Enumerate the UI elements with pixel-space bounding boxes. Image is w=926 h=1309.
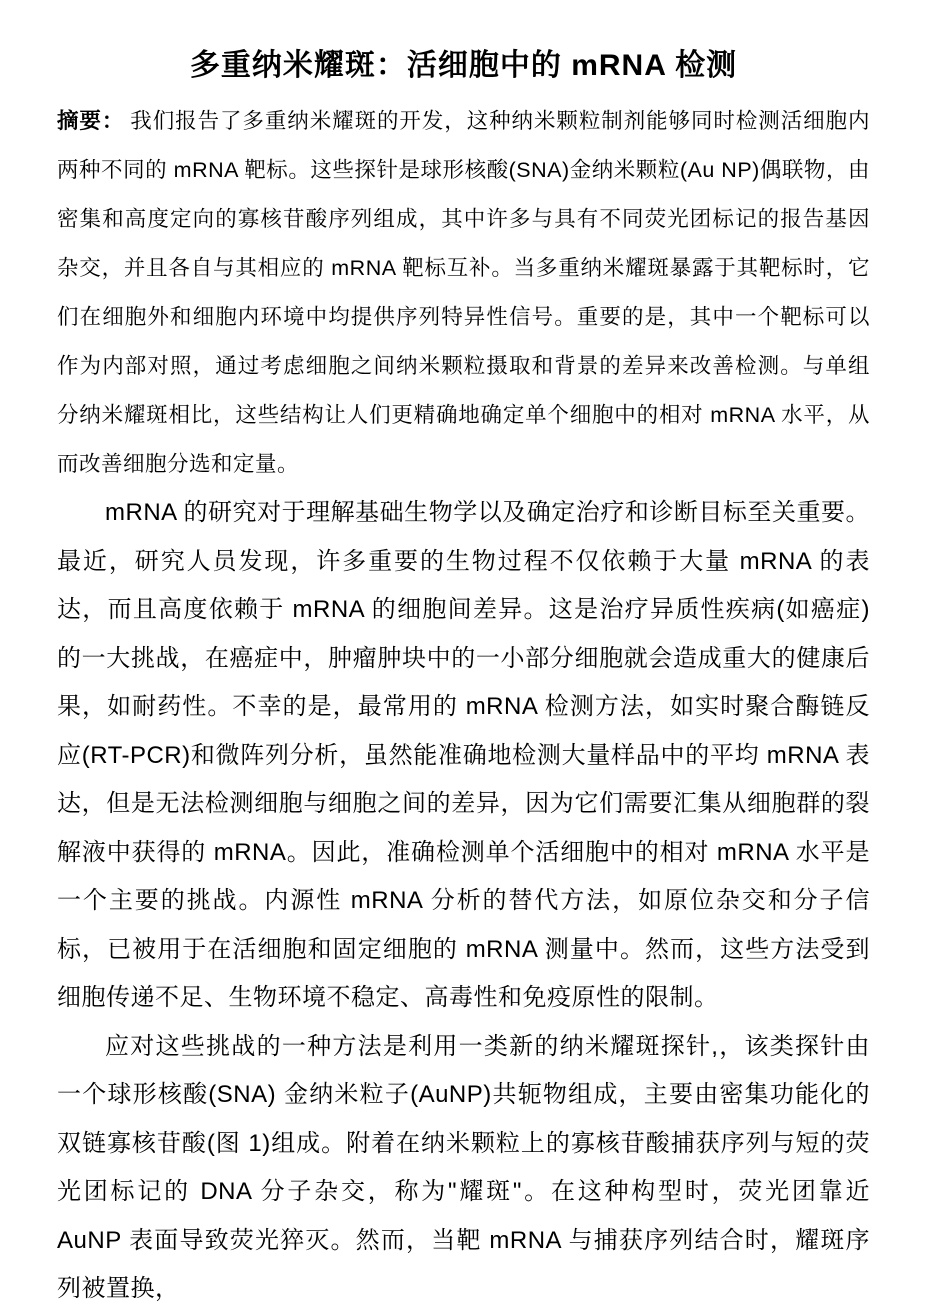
abstract-paragraph: 摘要：我们报告了多重纳米耀斑的开发，这种纳米颗粒制剂能够同时检测活细胞内两种不同… [57,97,870,489]
abstract-label: 摘要 [57,109,102,133]
paragraph-nanoflare-approach: 应对这些挑战的一种方法是利用一类新的纳米耀斑探针,，该类探针由一个球形核酸(SN… [57,1023,870,1309]
abstract-colon: ： [102,109,124,133]
paragraph-intro: mRNA 的研究对于理解基础生物学以及确定治疗和诊断目标至关重要。最近，研究人员… [57,489,870,1023]
document-title: 多重纳米耀斑：活细胞中的 mRNA 检测 [57,44,870,88]
document-page: 多重纳米耀斑：活细胞中的 mRNA 检测 摘要：我们报告了多重纳米耀斑的开发，这… [0,0,926,1309]
abstract-text: 我们报告了多重纳米耀斑的开发，这种纳米颗粒制剂能够同时检测活细胞内两种不同的 m… [57,109,870,476]
